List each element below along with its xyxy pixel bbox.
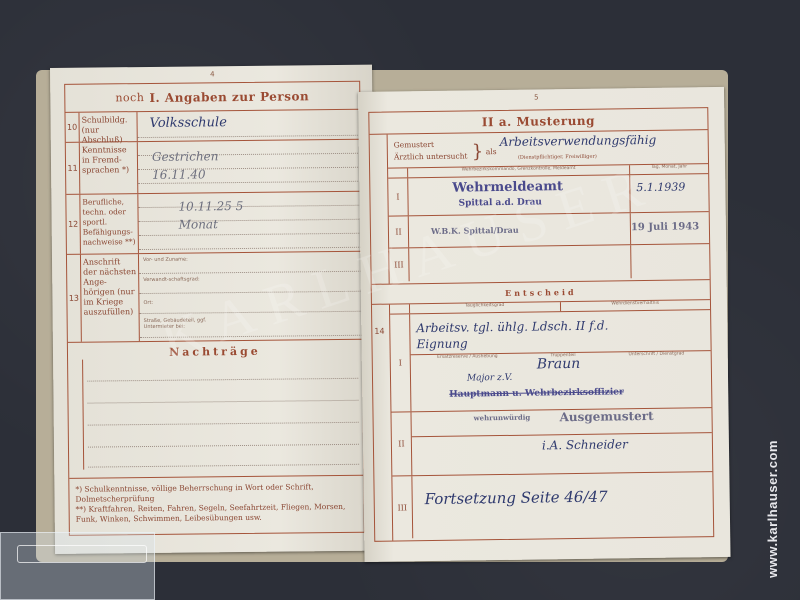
- right-page-frame: II a. Musterung Gemustert Ärztlich unter…: [368, 107, 714, 542]
- musterung-row-II: II W.B.K. Spittal/Drau 19 Juli 1943: [389, 212, 709, 248]
- field-label: Ort:: [143, 300, 153, 306]
- footnote-2: **) Kraftfahren, Reiten, Fahren, Segeln,…: [76, 502, 358, 525]
- field-label: Verwandt-schaftsgrad:: [143, 276, 199, 283]
- plastic-sleeve: [0, 532, 155, 600]
- stamp-wehrbezirksoffizier: Hauptmann u. Wehrbezirksoffizier: [449, 387, 624, 399]
- stamp-wehrunwuerdig: wehrunwürdig: [473, 413, 530, 423]
- date-entry: 5.1.1939: [636, 180, 685, 194]
- wehrpass-booklet: 4 noch I. Angaben zur Person 10 Schulbil…: [28, 62, 728, 562]
- row-number: 11: [66, 143, 81, 194]
- right-page: 5 II a. Musterung Gemustert Ärztlich unt…: [358, 87, 731, 562]
- roman-numeral: II: [389, 216, 409, 247]
- classification-entry: Arbeitsverwendungsfähig: [500, 133, 657, 149]
- row-label: Berufliche, techn. oder sportl. Befähigu…: [80, 194, 139, 254]
- field-label: Straße, Gebäudeteil, ggf. Untermieter be…: [144, 317, 214, 330]
- side-watermark: www.karlhauser.com: [765, 440, 780, 578]
- field-label: Vor- und Zuname:: [143, 257, 188, 263]
- header-prefix: noch: [115, 91, 144, 104]
- roman-numeral: III: [392, 476, 413, 538]
- row-value: Vor- und Zuname: Verwandt-schaftsgrad: O…: [139, 252, 362, 341]
- col-header: Tag, Monat, Jahr: [630, 164, 708, 174]
- musterung-block: Gemustert Ärztlich untersucht } als Arbe…: [370, 130, 710, 285]
- roman-numeral: I: [388, 178, 409, 215]
- footnotes: *) Schulkenntnisse, völlige Beherrschung…: [69, 476, 364, 531]
- entscheid-row-I: I Arbeitsv. tgl. ühlg. Ldsch. II f.d. Ei…: [390, 310, 711, 412]
- row-number: 10: [65, 113, 79, 142]
- entscheid-number: 14: [374, 327, 384, 336]
- row-value: 10.11.25 5 Monat: [138, 192, 361, 253]
- handwritten-decision: Arbeitsv. tgl. ühlg. Ldsch. II f.d. Eign…: [416, 317, 656, 352]
- row-13-angehoerige: 13 Anschrift der nächsten Ange-hörigen (…: [67, 252, 362, 343]
- stamp-wehrmeldeamt: Wehrmeldeamt: [452, 179, 563, 196]
- row-value: Gestrichen 16.11.40: [138, 140, 361, 193]
- left-page-frame: noch I. Angaben zur Person 10 Schulbildg…: [64, 81, 365, 536]
- roman-numeral: I: [390, 314, 411, 411]
- row-11-fremdsprachen: 11 Kenntnisse in Fremd-sprachen *) Gestr…: [66, 140, 361, 195]
- stamp-wbk: W.B.K. Spittal/Drau: [431, 225, 519, 236]
- signature: i.A. Schneider: [542, 437, 628, 452]
- date-stamp: 19 Juli 1943: [631, 221, 699, 233]
- gemustert-label: Gemustert: [394, 140, 434, 150]
- sub-header: Ersatzreserve / Aushebung: [437, 354, 498, 360]
- row-number: 13: [67, 255, 82, 342]
- classification-caption: (Dienstpflichtiger, Freiwilliger): [518, 154, 597, 161]
- left-page: 4 noch I. Angaben zur Person 10 Schulbil…: [50, 65, 377, 554]
- rank-entry: Major z.V.: [467, 373, 512, 384]
- entscheid-block: 14 Tauglichkeitsgrad Wehrdienstverhältni…: [372, 300, 713, 541]
- pencil-entry: Gestrichen 16.11.40: [152, 147, 262, 184]
- row-label: Schulbildg. (nur Abschluß): [79, 112, 137, 142]
- handwritten-entry: Volksschule: [150, 115, 227, 131]
- pencil-entry: 10.11.25 5 Monat: [178, 197, 258, 234]
- gemustert-row: Gemustert Ärztlich untersucht } als Arbe…: [388, 130, 708, 168]
- entscheid-row-II: II wehrunwürdig Ausgemustert i.A. Schnei…: [391, 408, 712, 476]
- als-label: als: [486, 147, 497, 156]
- nachtraege-section: Nachträge: [68, 340, 363, 479]
- row-label: Kenntnisse in Fremd-sprachen *): [80, 142, 139, 194]
- row-10-schulbildung: 10 Schulbildg. (nur Abschluß) Volksschul…: [65, 110, 359, 143]
- roman-numeral: II: [391, 412, 412, 475]
- left-page-number: 4: [210, 70, 215, 78]
- left-page-header: noch I. Angaben zur Person: [65, 82, 359, 113]
- aerztlich-label: Ärztlich untersucht: [394, 151, 468, 161]
- row-12-befaehigungsnachweise: 12 Berufliche, techn. oder sportl. Befäh…: [66, 192, 361, 255]
- sub-header: Unterschrift / Dienstgrad: [629, 351, 685, 357]
- nachtraege-lines: [82, 357, 363, 470]
- entscheid-row-III: III Fortsetzung Seite 46/47: [392, 472, 713, 538]
- roman-numeral: III: [389, 248, 409, 281]
- header-title: I. Angaben zur Person: [149, 89, 309, 105]
- continuation-note: Fortsetzung Seite 46/47: [425, 488, 608, 509]
- row-value: Volksschule: [137, 110, 359, 141]
- stamp-ausgemustert: Ausgemustert: [559, 409, 653, 424]
- right-page-number: 5: [534, 93, 539, 101]
- musterung-row-I: I Wehrmeldeamt Spittal a.d. Drau 5.1.193…: [388, 174, 708, 216]
- stamp-location: Spittal a.d. Drau: [458, 197, 541, 208]
- signature: Braun: [537, 356, 581, 373]
- row-number: 12: [66, 195, 81, 254]
- row-label: Anschrift der nächsten Ange-hörigen (nur…: [81, 254, 140, 342]
- musterung-row-III: III: [389, 244, 709, 281]
